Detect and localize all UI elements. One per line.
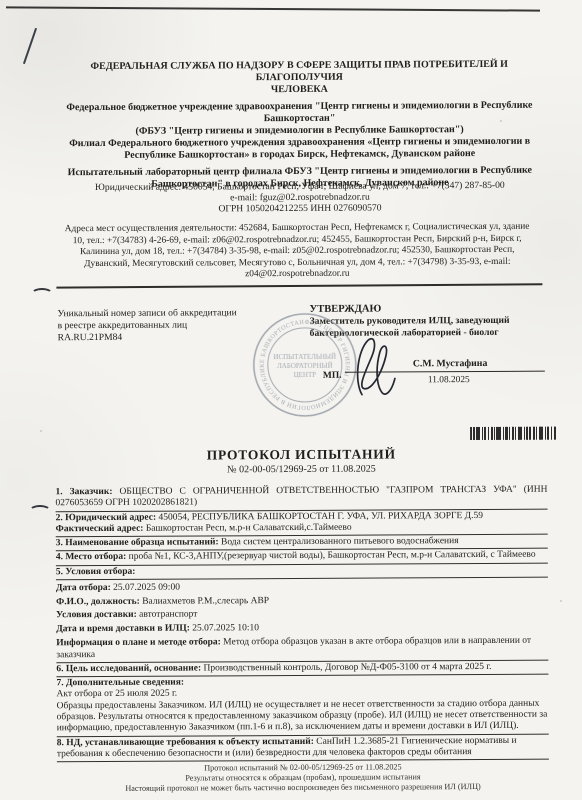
section-text: 450054, РЕСПУБЛИКА БАШКОРТОСТАН Г. УФА, … bbox=[158, 511, 483, 523]
field-value: автотранспорт bbox=[139, 610, 197, 620]
section-text: Башкортостан Респ, м.р-н Салаватский,с.Т… bbox=[146, 523, 352, 534]
section-text: ОБЩЕСТВО С ОГРАНИЧЕННОЙ ОТВЕТСТВЕННОСТЬЮ… bbox=[56, 485, 548, 509]
section-text: Производственный контроль, Договор №Д-Ф0… bbox=[203, 662, 491, 674]
legal-address-line: ОГРН 1050204212255 ИНН 0276090570 bbox=[54, 202, 546, 216]
field-row: Дата отбора: 25.07.2025 09:00 bbox=[56, 580, 548, 594]
section-label: Фактический адрес: bbox=[56, 524, 144, 534]
mp-seal-label: МП. bbox=[323, 371, 342, 381]
protocol-title-block: ПРОТОКОЛ ИСПЫТАНИЙ № 02-00-05/12969-25 о… bbox=[55, 446, 547, 478]
section-label: 4. Место отбора: bbox=[56, 552, 126, 562]
page-footer: Протокол испытаний № 02-00-05/12969-25 о… bbox=[57, 762, 549, 794]
section-label: 6. Цель исследований, основание: bbox=[56, 663, 201, 674]
round-stamp: ФБУЗ ЦЕНТР ГИГИЕНЫ И ЭПИДЕМИОЛОГИИ В РЕС… bbox=[251, 311, 360, 420]
section-purpose: 6. Цель исследований, основание: Произво… bbox=[56, 661, 548, 677]
field-value: 25.07.2025 10:10 bbox=[192, 624, 259, 634]
field-label: Условия доставки: bbox=[56, 610, 137, 620]
section-customer: 1. Заказчик: ОБЩЕСТВО С ОГРАНИЧЕННОЙ ОТВ… bbox=[55, 485, 547, 512]
signature-ink bbox=[348, 332, 406, 400]
field-row: Дата и время доставки в ИЛЦ: 25.07.2025 … bbox=[56, 622, 548, 636]
activity-addresses-block: Адреса мест осуществления деятельности: … bbox=[44, 222, 550, 283]
document-content: ФЕДЕРАЛЬНАЯ СЛУЖБА ПО НАДЗОРУ В СФЕРЕ ЗА… bbox=[0, 0, 582, 800]
section-text: Вода систем централизованного питьевого … bbox=[221, 536, 459, 547]
field-label: Дата и время доставки в ИЛЦ: bbox=[56, 624, 190, 635]
section-sampling-conditions-head: 5. Условия отбора: bbox=[56, 564, 548, 580]
stamp-center-text: ЛАБОРАТОРНЫЙ bbox=[277, 362, 333, 370]
protocol-number: № 02-00-05/12969-25 от 11.08.2025 bbox=[55, 462, 547, 478]
section-normative-docs: 8. НД, устанавливающие требования к объе… bbox=[57, 735, 549, 762]
org-header-line: ЧЕЛОВЕКА bbox=[53, 83, 545, 98]
section-legal-address: 2. Юридический адрес: 450054, РЕСПУБЛИКА… bbox=[56, 510, 548, 537]
field-value: 25.07.2025 09:00 bbox=[113, 582, 180, 592]
section-label: 1. Заказчик: bbox=[55, 487, 112, 497]
section-label: 8. НД, устанавливающие требования к объе… bbox=[57, 736, 314, 747]
legal-address-block: Юридический адрес: 450054, Башкортостан … bbox=[54, 180, 546, 216]
footer-line-clipped: Настоящий протокол не может быть частичн… bbox=[57, 781, 549, 793]
header-divider-rule bbox=[56, 283, 542, 288]
signature-line bbox=[345, 371, 545, 373]
protocol-body: 1. Заказчик: ОБЩЕСТВО С ОГРАНИЧЕННОЙ ОТВ… bbox=[55, 485, 548, 764]
section-label: 5. Условия отбора: bbox=[56, 567, 136, 577]
signer-name: С.М. Мустафина bbox=[413, 358, 488, 369]
field-row: Условия доставки: автотранспорт bbox=[56, 608, 548, 622]
field-label: Дата отбора: bbox=[56, 583, 111, 593]
org-header-line: Республике Башкортостан» в городах Бирск… bbox=[54, 148, 546, 163]
section-text: Образцы предоставлены Заказчиком. ИЛ (ИЛ… bbox=[57, 698, 549, 734]
stamp-center-text: ИСПЫТАТЕЛЬНЫЙ bbox=[273, 353, 336, 361]
org-header-line: ФЕДЕРАЛЬНАЯ СЛУЖБА ПО НАДЗОРУ В СФЕРЕ ЗА… bbox=[53, 59, 545, 86]
field-label: Информация о плане и методе отбора: bbox=[56, 638, 221, 649]
section-label: 2. Юридический адрес: bbox=[56, 512, 157, 523]
scanned-protocol-page: ФЕДЕРАЛЬНАЯ СЛУЖБА ПО НАДЗОРУ В СФЕРЕ ЗА… bbox=[0, 0, 582, 800]
barcode bbox=[470, 427, 556, 440]
sampling-conditions-rows: Дата отбора: 25.07.2025 09:00 Ф.И.О., до… bbox=[56, 580, 548, 636]
stamp-center-text: ЦЕНТР bbox=[294, 371, 317, 379]
activity-address-line: z04@02.rospotrebnadzor.ru bbox=[44, 268, 550, 282]
field-label: Ф.И.О., должность: bbox=[56, 596, 140, 606]
section-additional-info: 7. Дополнительные сведения: Акт отбора о… bbox=[56, 676, 548, 737]
section-sampling-method-info: Информация о плане и методе отбора: Мето… bbox=[56, 636, 548, 663]
section-text: проба №1, КС-3,АНПУ,(резервуар чистой во… bbox=[129, 550, 536, 562]
field-row: Ф.И.О., должность: Валиахметов Р.М.,слес… bbox=[56, 594, 548, 608]
section-sampling-place: 4. Место отбора: проба №1, КС-3,АНПУ,(ре… bbox=[56, 550, 548, 566]
section-label: 3. Наименование образца испытаний: bbox=[56, 538, 219, 549]
field-value: Валиахметов Р.М.,слесарь АВР bbox=[142, 596, 269, 607]
org-header: ФЕДЕРАЛЬНАЯ СЛУЖБА ПО НАДЗОРУ В СФЕРЕ ЗА… bbox=[53, 59, 546, 192]
approval-date: 11.08.2025 bbox=[428, 375, 470, 385]
